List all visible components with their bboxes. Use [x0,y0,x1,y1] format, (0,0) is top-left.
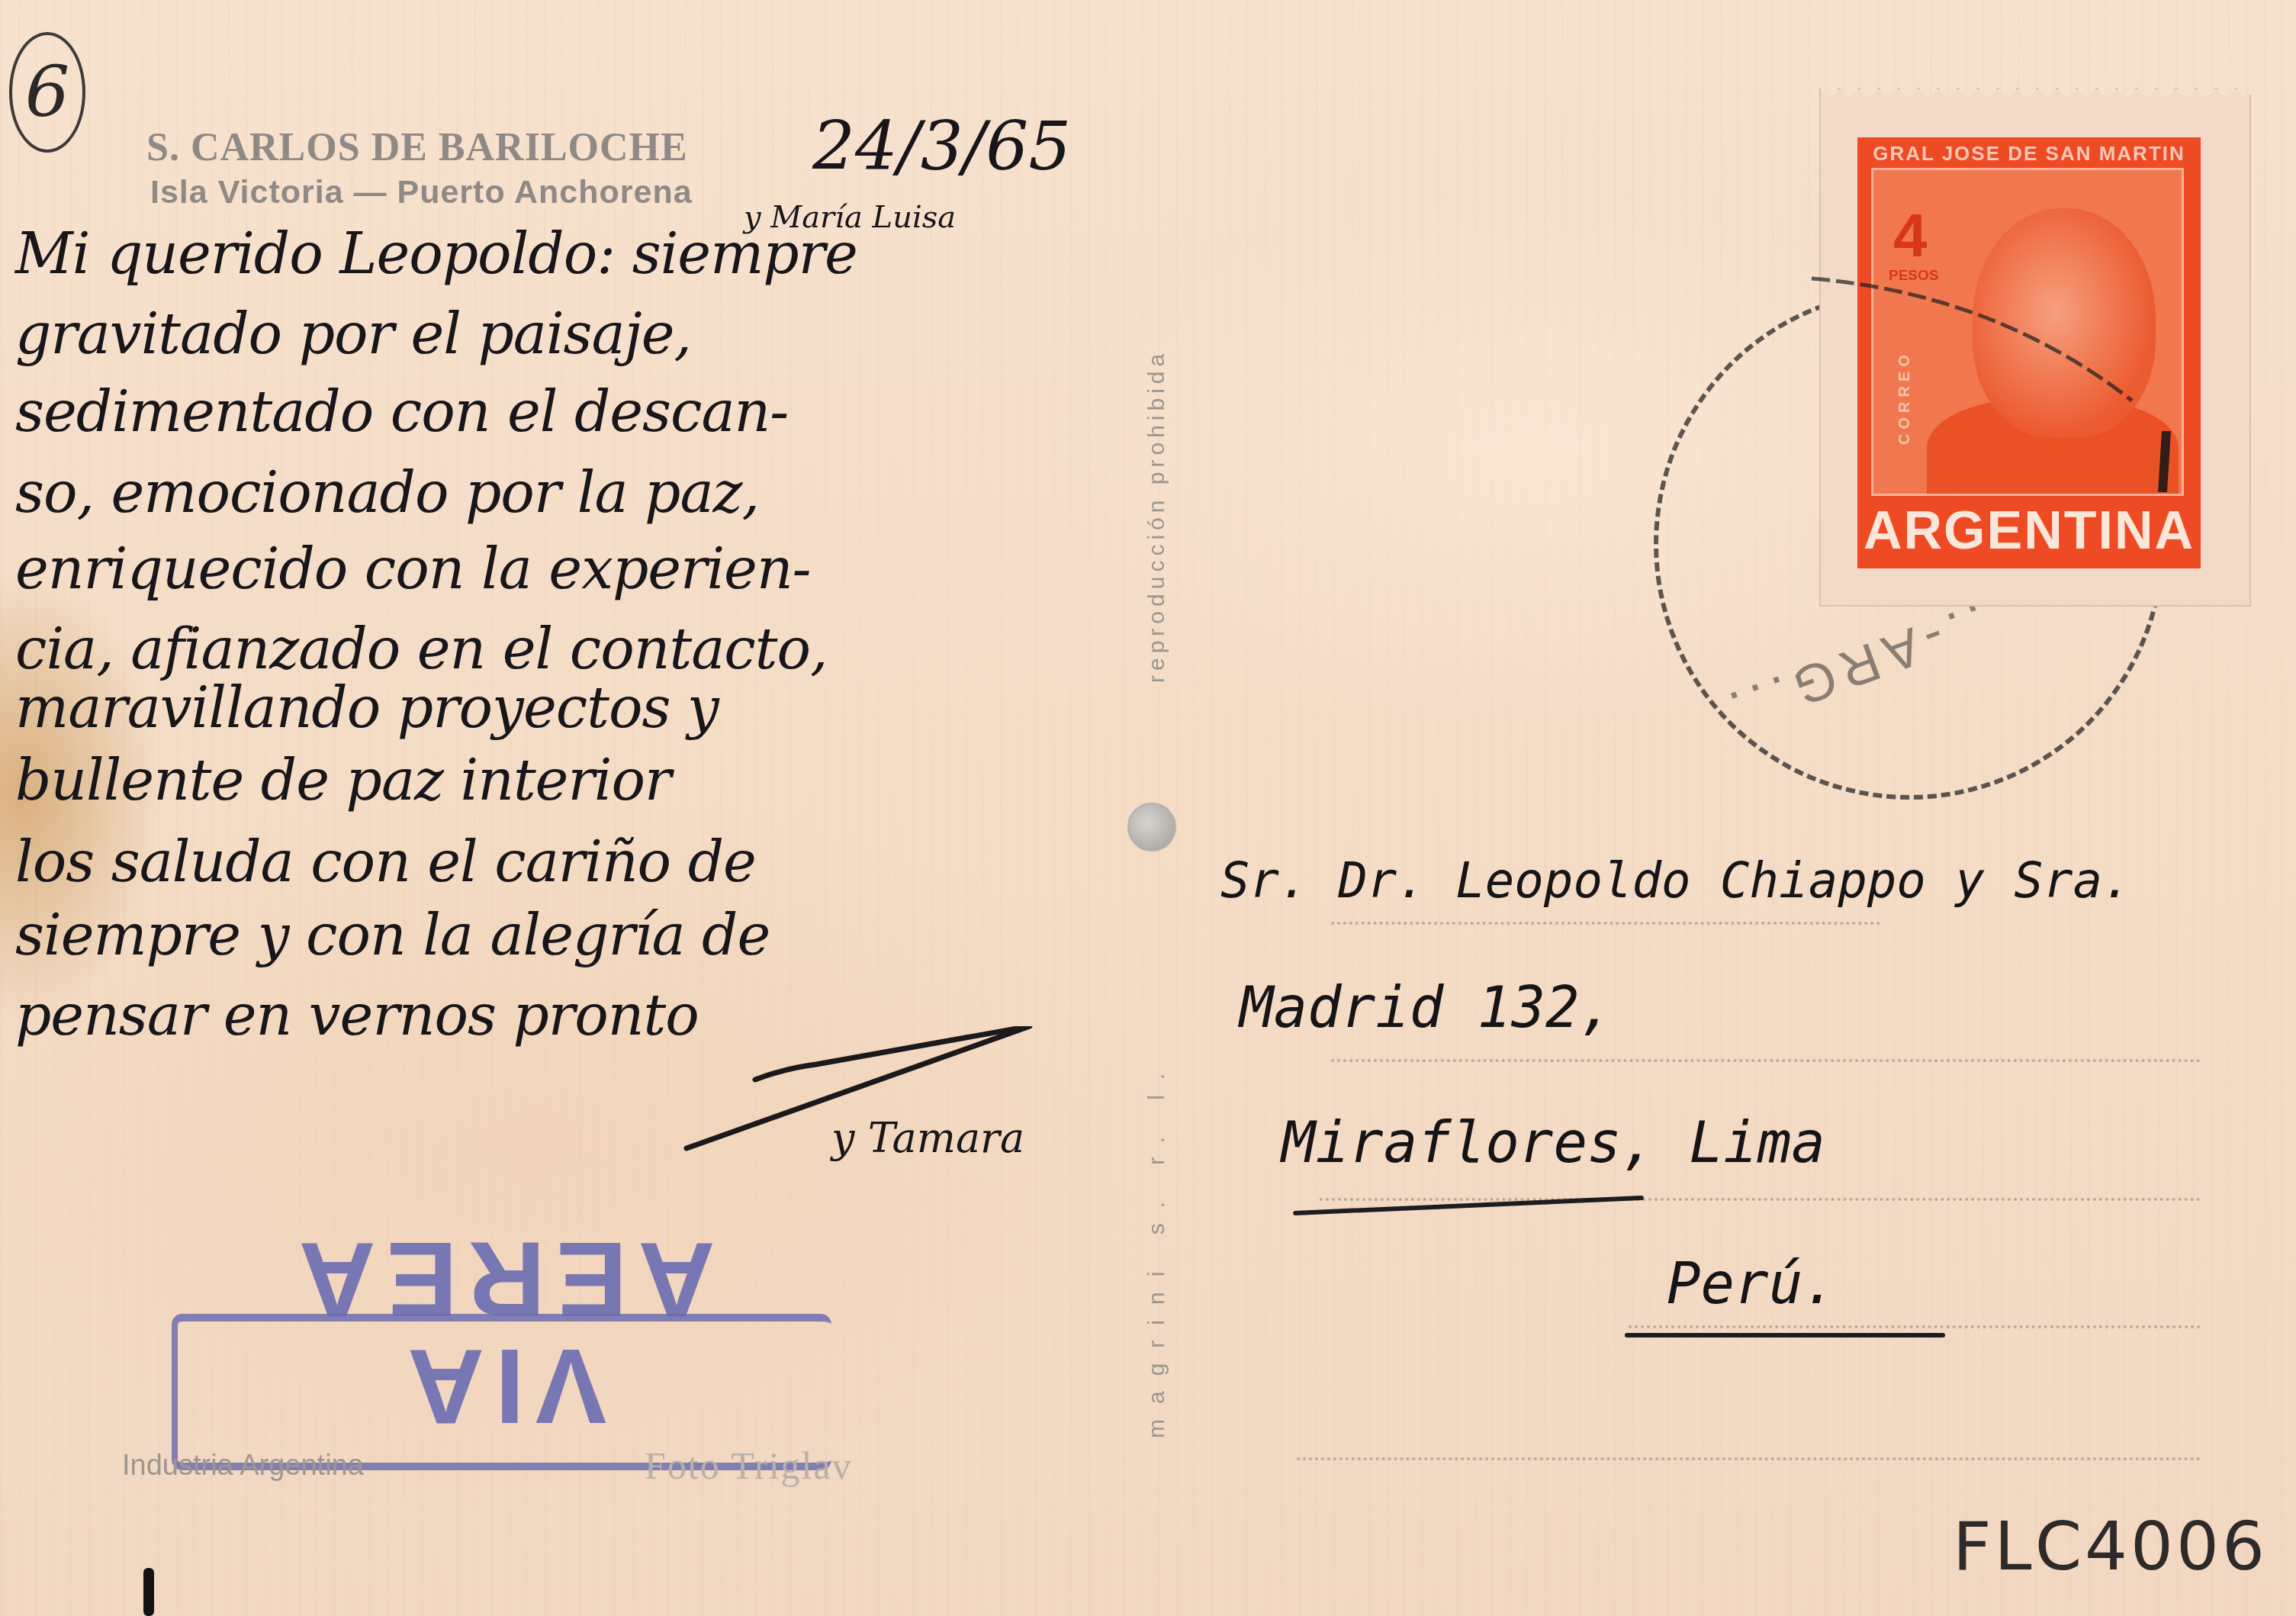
handwritten-date: 24/3/65 [812,107,1071,185]
address-dotted-line [1629,1325,2201,1328]
message-line: gravitado por el paisaje, [15,301,691,367]
publisher-name: magrini s. r. l. [1144,1058,1170,1438]
circled-number-annotation: 6 [9,32,85,153]
message-line: los saluda con el cariño de [15,829,756,895]
publisher-note: reproducción prohibida [1144,349,1170,683]
address-dotted-line [1331,1059,2201,1062]
address-city: Miraflores, Lima [1281,1110,1825,1176]
postage-stamp: GRAL JOSE DE SAN MARTIN 4 PESOS CORREO A… [1819,88,2251,607]
message-line: siempre y con la alegría de [15,903,770,968]
card-subtitle: Isla Victoria — Puerto Anchorena [150,174,693,211]
address-dotted-line [1297,1457,2201,1460]
message-line: sedimentado con el descan- [15,379,788,445]
photo-credit: Foto Triglav [645,1444,853,1488]
card-title: S. CARLOS DE BARILOCHE [146,125,688,170]
address-dotted-line [1331,922,1880,925]
industry-label: Industria Argentina [122,1450,364,1482]
address-street: Madrid 132, [1240,975,1613,1041]
stamp-country: ARGENTINA [1857,500,2201,561]
message-line: pensar en vernos pronto [15,983,699,1048]
stamp-value: 4 [1893,205,1928,266]
underline-stroke [1625,1333,1945,1338]
message-line: maravillando proyectos y [15,675,719,741]
stamp-top-label: GRAL JOSE DE SAN MARTIN [1857,142,2201,166]
address-recipient: Sr. Dr. Leopoldo Chiappo y Sra. [1220,853,2131,909]
message-line: so, emocionado por la paz, [15,460,759,526]
message-line: enriquecido con la experien- [15,536,811,602]
circled-number: 6 [12,35,82,150]
address-dotted-line [1320,1198,2201,1201]
publisher-logo-icon [1127,803,1176,851]
address-country: Perú. [1667,1251,1837,1317]
airmail-label: VIA AEREA [172,1226,831,1440]
message-line: bullente de paz interior [15,748,670,813]
catalog-code: FLC4006 [1953,1507,2268,1585]
signature: y Tamara [831,1114,1024,1162]
ink-mark [143,1568,154,1616]
postcard: 6 S. CARLOS DE BARILOCHE Isla Victoria —… [0,0,2296,1616]
message-line: cia, afianzado en el contacto, [15,616,828,682]
cancellation-mark [1804,263,2262,492]
message-line: Mi querido Leopoldo: siempre [15,221,857,287]
